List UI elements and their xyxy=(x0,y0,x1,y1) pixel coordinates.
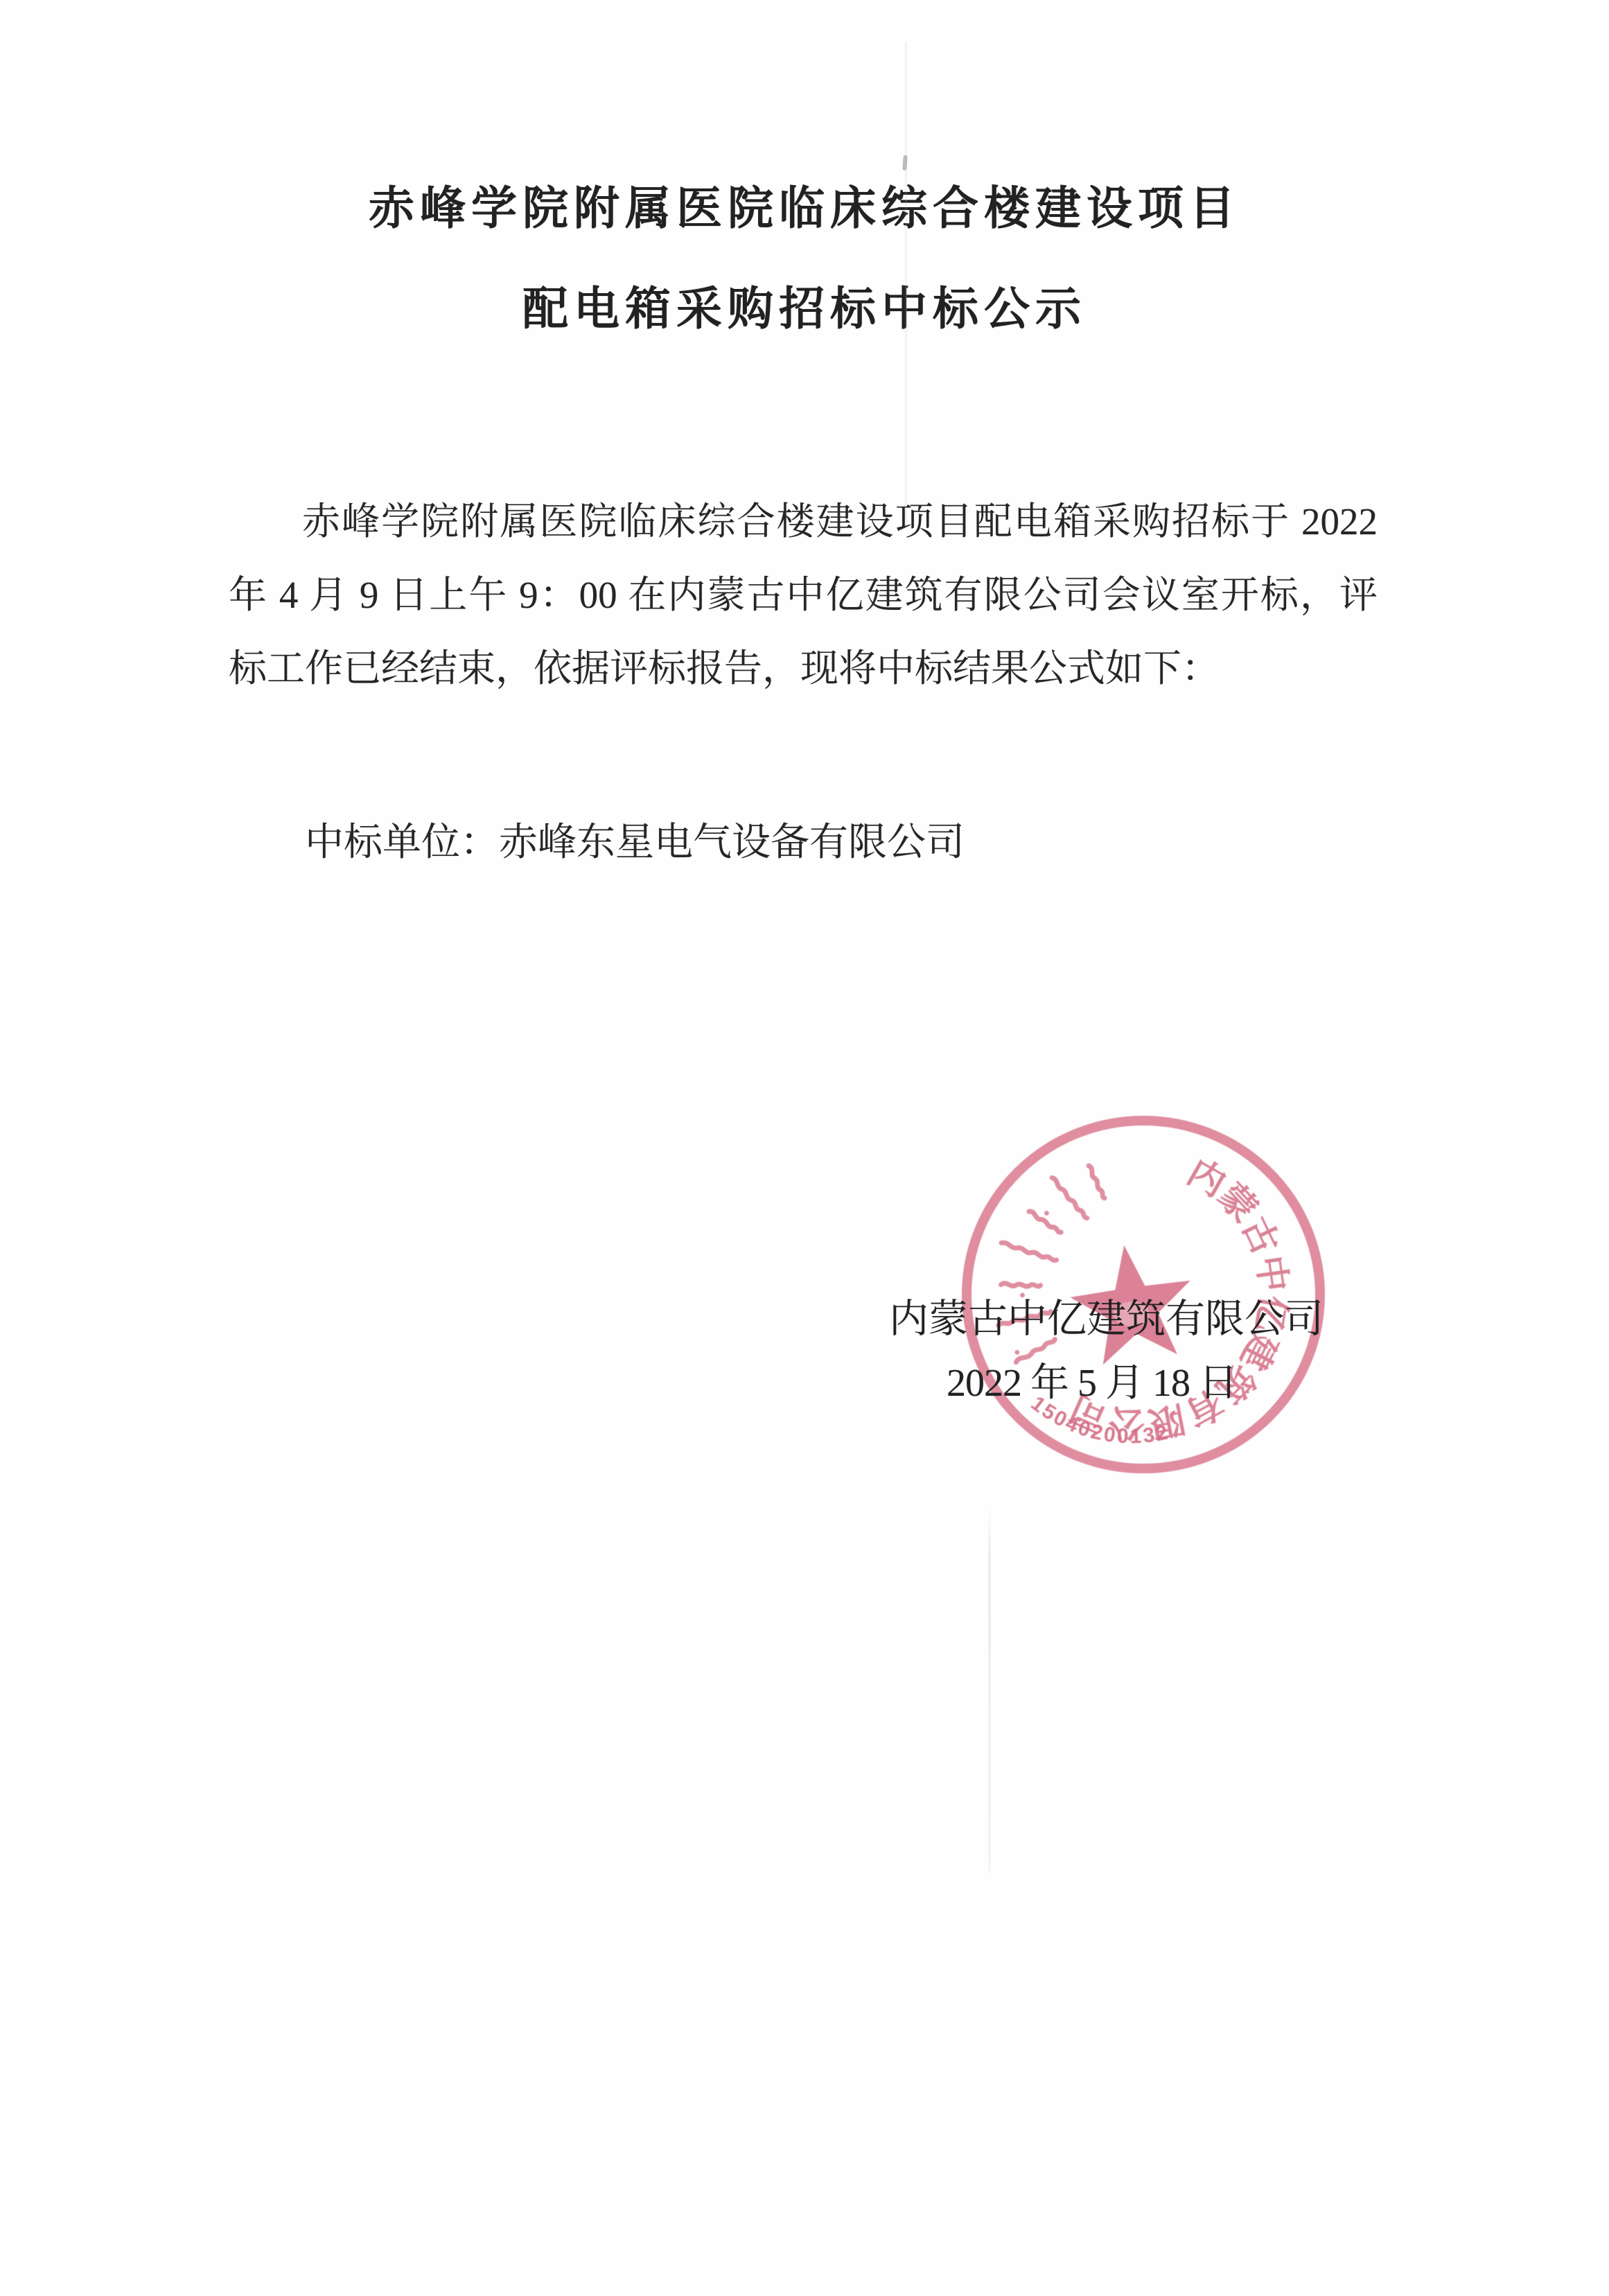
scan-streak-artifact xyxy=(905,42,907,527)
body-paragraph-line: 赤峰学院附属医院临床综合楼建设项目配电箱采购招标于 2022 xyxy=(229,485,1378,559)
signature-company-name: 内蒙古中亿建筑有限公司 xyxy=(889,1293,1324,1346)
scanned-document-page: 赤峰学院附属医院临床综合楼建设项目 配电箱采购招标中标公示 赤峰学院附属医院临床… xyxy=(0,0,1609,2296)
body-paragraph: 赤峰学院附属医院临床综合楼建设项目配电箱采购招标于 2022 年 4 月 9 日… xyxy=(229,485,1378,706)
document-title-line1: 赤峰学院附属医院临床综合楼建设项目 xyxy=(0,177,1609,239)
winner-announcement-line: 中标单位：赤峰东星电气设备有限公司 xyxy=(305,815,965,870)
body-paragraph-line: 标工作已经结束，依据评标报告，现将中标结果公式如下： xyxy=(229,632,1378,706)
document-title-line2: 配电箱采购招标中标公示 xyxy=(0,277,1609,340)
body-paragraph-line: 年 4 月 9 日上午 9：00 在内蒙古中亿建筑有限公司会议室开标，评 xyxy=(229,559,1378,632)
scan-streak-artifact xyxy=(988,1422,991,1873)
signature-date: 2022 年 5 月 18 日 xyxy=(947,1357,1237,1410)
